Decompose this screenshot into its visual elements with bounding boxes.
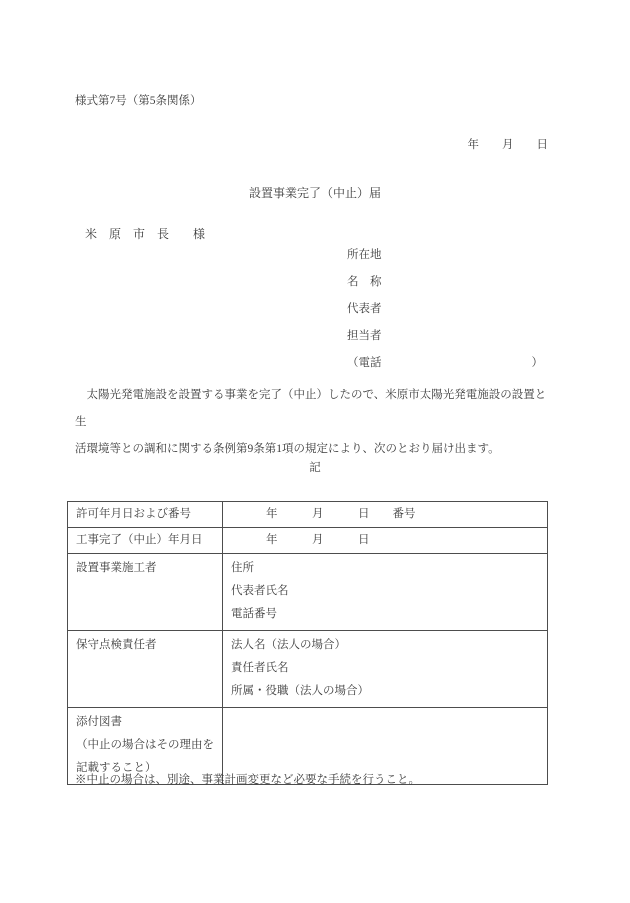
attachment-label-line: 添付図書 [76, 711, 214, 734]
permit-date-value-cell: 年 月 日 番号 [223, 502, 548, 528]
phone-open-label: （電話 [347, 350, 382, 377]
maintenance-value-cell: 法人名（法人の場合） 責任者氏名 所属・役職（法人の場合） [223, 631, 548, 708]
completion-date-label-cell: 工事完了（中止）年月日 [68, 528, 223, 554]
issue-date-line: 年 月 日 [468, 136, 549, 152]
form-number: 様式第7号（第5条関係） [75, 92, 202, 108]
installer-value-cell: 住所 代表者氏名 電話番号 [223, 554, 548, 631]
footnote: ※中止の場合は、別途、事業計画変更など必要な手続を行うこと。 [75, 771, 420, 787]
sender-representative-label: 代表者 [347, 296, 543, 323]
addressee: 米 原 市 長 様 [85, 225, 205, 242]
body-line: 太陽光発電施設を設置する事業を完了（中止）したので、米原市太陽光発電施設の設置と… [75, 382, 547, 436]
maintenance-value-line: 責任者氏名 [231, 657, 539, 680]
maintenance-value-line: 所属・役職（法人の場合） [231, 680, 539, 703]
phone-close-paren: ） [532, 350, 544, 377]
table-row: 保守点検責任者 法人名（法人の場合） 責任者氏名 所属・役職（法人の場合） [68, 631, 548, 708]
installer-value-line: 電話番号 [231, 603, 539, 626]
ki-heading: 記 [0, 459, 630, 475]
body-paragraph: 太陽光発電施設を設置する事業を完了（中止）したので、米原市太陽光発電施設の設置と… [75, 382, 547, 463]
sender-block: 所在地 名 称 代表者 担当者 （電話 ） [347, 242, 543, 377]
maintenance-value-line: 法人名（法人の場合） [231, 634, 539, 657]
sender-phone-line: （電話 ） [347, 350, 543, 377]
installer-label-cell: 設置事業施工者 [68, 554, 223, 631]
document-page: 様式第7号（第5条関係） 年 月 日 設置事業完了（中止）届 米 原 市 長 様… [0, 0, 630, 903]
sender-address-label: 所在地 [347, 242, 543, 269]
table-row: 設置事業施工者 住所 代表者氏名 電話番号 [68, 554, 548, 631]
document-title: 設置事業完了（中止）届 [0, 184, 630, 201]
permit-date-label-cell: 許可年月日および番号 [68, 502, 223, 528]
sender-contact-label: 担当者 [347, 323, 543, 350]
completion-date-value-cell: 年 月 日 [223, 528, 548, 554]
table-row: 工事完了（中止）年月日 年 月 日 [68, 528, 548, 554]
attachment-label-line: （中止の場合はその理由を [76, 734, 214, 757]
table-row: 許可年月日および番号 年 月 日 番号 [68, 502, 548, 528]
form-table: 許可年月日および番号 年 月 日 番号 工事完了（中止）年月日 年 月 日 設置… [67, 501, 548, 785]
maintenance-label-cell: 保守点検責任者 [68, 631, 223, 708]
installer-value-line: 代表者氏名 [231, 580, 539, 603]
installer-value-line: 住所 [231, 557, 539, 580]
sender-name-label: 名 称 [347, 269, 543, 296]
